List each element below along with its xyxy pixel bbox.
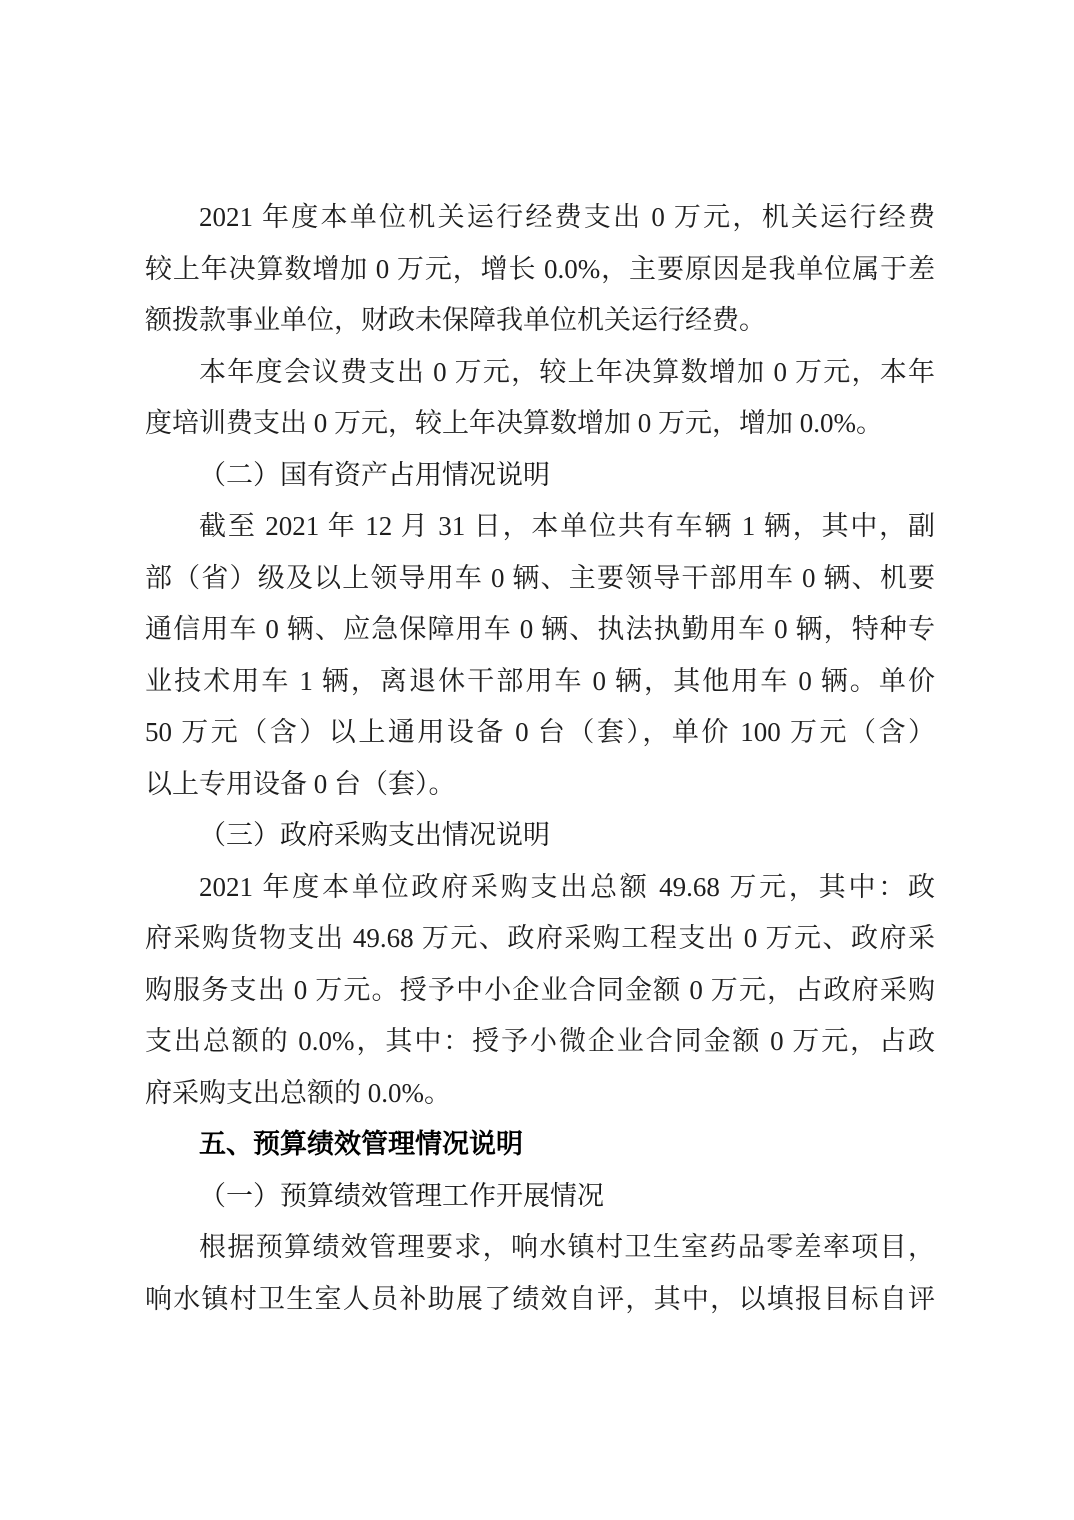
document-page: 2021 年度本单位机关运行经费支出 0 万元，机关运行经费 较上年决算数增加 …: [0, 0, 1074, 1520]
paragraph-line: 府采购支出总额的 0.0%。: [145, 1068, 935, 1120]
paragraph-line: 2021 年度本单位机关运行经费支出 0 万元，机关运行经费: [145, 192, 935, 244]
paragraph-line: 部（省）级及以上领导用车 0 辆、主要领导干部用车 0 辆、机要: [145, 553, 935, 605]
paragraph-line: 50 万元（含）以上通用设备 0 台（套），单价 100 万元（含）: [145, 707, 935, 759]
paragraph-line: 额拨款事业单位，财政未保障我单位机关运行经费。: [145, 295, 935, 347]
subsection-heading-gov-procurement: （三）政府采购支出情况说明: [145, 810, 935, 862]
paragraph-line: 支出总额的 0.0%，其中：授予小微企业合同金额 0 万元，占政: [145, 1016, 935, 1068]
paragraph-line: 通信用车 0 辆、应急保障用车 0 辆、执法执勤用车 0 辆，特种专: [145, 604, 935, 656]
paragraph-line: 较上年决算数增加 0 万元，增长 0.0%，主要原因是我单位属于差: [145, 244, 935, 296]
paragraph-line: 本年度会议费支出 0 万元，较上年决算数增加 0 万元，本年: [145, 347, 935, 399]
paragraph-line: 度培训费支出 0 万元，较上年决算数增加 0 万元，增加 0.0%。: [145, 398, 935, 450]
subsection-heading-state-assets: （二）国有资产占用情况说明: [145, 450, 935, 502]
paragraph-line: 响水镇村卫生室人员补助展了绩效自评，其中，以填报目标自评: [145, 1274, 935, 1326]
paragraph-line: 根据预算绩效管理要求，响水镇村卫生室药品零差率项目，: [145, 1222, 935, 1274]
paragraph-line: 以上专用设备 0 台（套）。: [145, 759, 935, 811]
subsection-heading-performance-work: （一）预算绩效管理工作开展情况: [145, 1171, 935, 1223]
paragraph-line: 截至 2021 年 12 月 31 日，本单位共有车辆 1 辆，其中，副: [145, 501, 935, 553]
paragraph-line: 业技术用车 1 辆，离退休干部用车 0 辆，其他用车 0 辆。单价: [145, 656, 935, 708]
paragraph-line: 购服务支出 0 万元。授予中小企业合同金额 0 万元，占政府采购: [145, 965, 935, 1017]
section-heading-budget-performance: 五、预算绩效管理情况说明: [145, 1119, 935, 1171]
paragraph-line: 府采购货物支出 49.68 万元、政府采购工程支出 0 万元、政府采: [145, 913, 935, 965]
paragraph-line: 2021 年度本单位政府采购支出总额 49.68 万元，其中：政: [145, 862, 935, 914]
